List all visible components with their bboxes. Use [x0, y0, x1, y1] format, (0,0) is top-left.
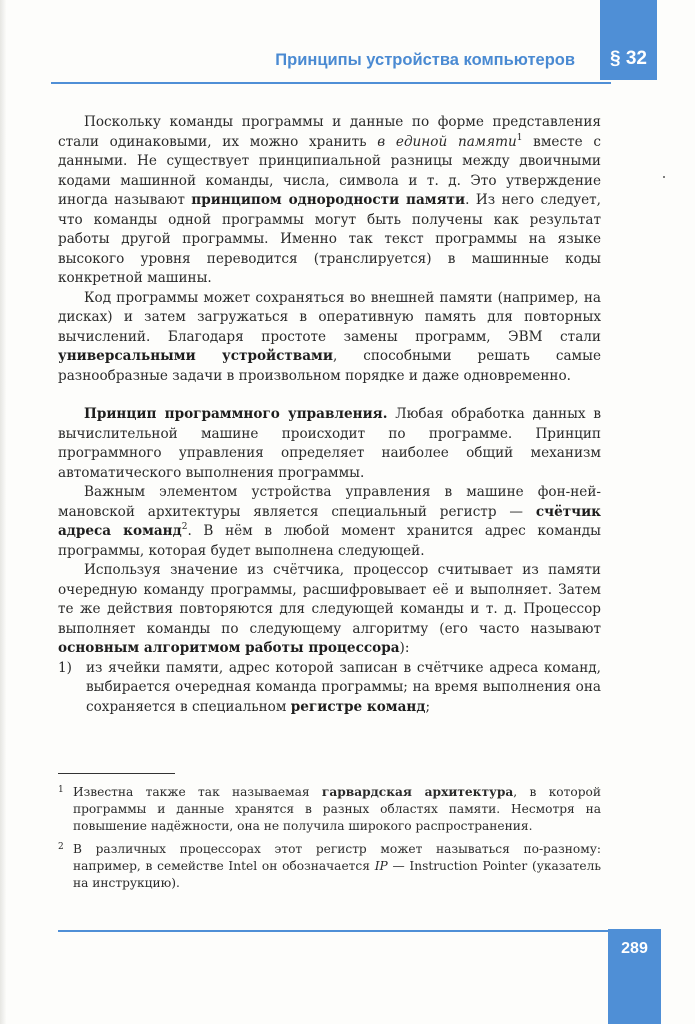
- bold-term: гарвардская архитектура: [322, 785, 513, 799]
- text: Важным элементом устройства управления в…: [58, 484, 601, 520]
- paragraph-3: Принцип программного управления. Любая о…: [58, 405, 601, 483]
- paragraph-2: Код программы может сохраняться во внешн…: [58, 289, 601, 387]
- page-number: 289: [608, 940, 661, 958]
- paragraph-4: Важным элементом устройства управления в…: [58, 483, 601, 561]
- header-rule: [51, 82, 611, 84]
- chapter-title: Принципы устройства компьютеров: [275, 51, 575, 70]
- scan-speck: [663, 176, 665, 178]
- bold-term: основным алгоритмом работы процессора: [58, 640, 400, 656]
- main-text: Поскольку команды программы и данные по …: [58, 113, 601, 717]
- paragraph-1: Поскольку команды программы и данные по …: [58, 113, 601, 289]
- subheading-term: Принцип программного управления.: [84, 406, 387, 422]
- italic-term: IP: [375, 859, 388, 873]
- list-number: 1): [58, 659, 72, 679]
- text: Известна также так называемая: [73, 785, 322, 799]
- list-item-1: 1)из ячейки памяти, адрес которой записа…: [58, 659, 601, 718]
- footnote-1: 1Известна также так называемая гарвардск…: [58, 784, 601, 835]
- footnotes: 1Известна также так называемая гарвардск…: [58, 784, 601, 898]
- bold-term: универсальными устройствами: [58, 348, 333, 364]
- section-tab: § 32: [600, 0, 657, 80]
- footnote-mark: 2: [58, 839, 64, 856]
- text: Код программы может сохраняться во внешн…: [58, 290, 601, 345]
- bold-term: регистре команд: [291, 699, 426, 715]
- section-number: § 32: [600, 48, 657, 70]
- italic-term: в единой памяти: [377, 134, 516, 150]
- footnote-2: 2В различных процессорах этот регистр мо…: [58, 841, 601, 892]
- text: ;: [425, 699, 430, 715]
- footnote-separator: [58, 773, 175, 774]
- page-edge-shadow: [0, 0, 6, 1024]
- paragraph-5: Используя значение из счётчика, процессо…: [58, 561, 601, 659]
- footnote-mark: 1: [58, 782, 64, 799]
- text: Используя значение из счётчика, процессо…: [58, 562, 601, 637]
- text: ):: [400, 640, 410, 656]
- bold-term: принципом однородности па­мяти: [191, 192, 465, 208]
- page-number-tab: 289: [608, 929, 661, 1024]
- footer-rule: [58, 930, 618, 932]
